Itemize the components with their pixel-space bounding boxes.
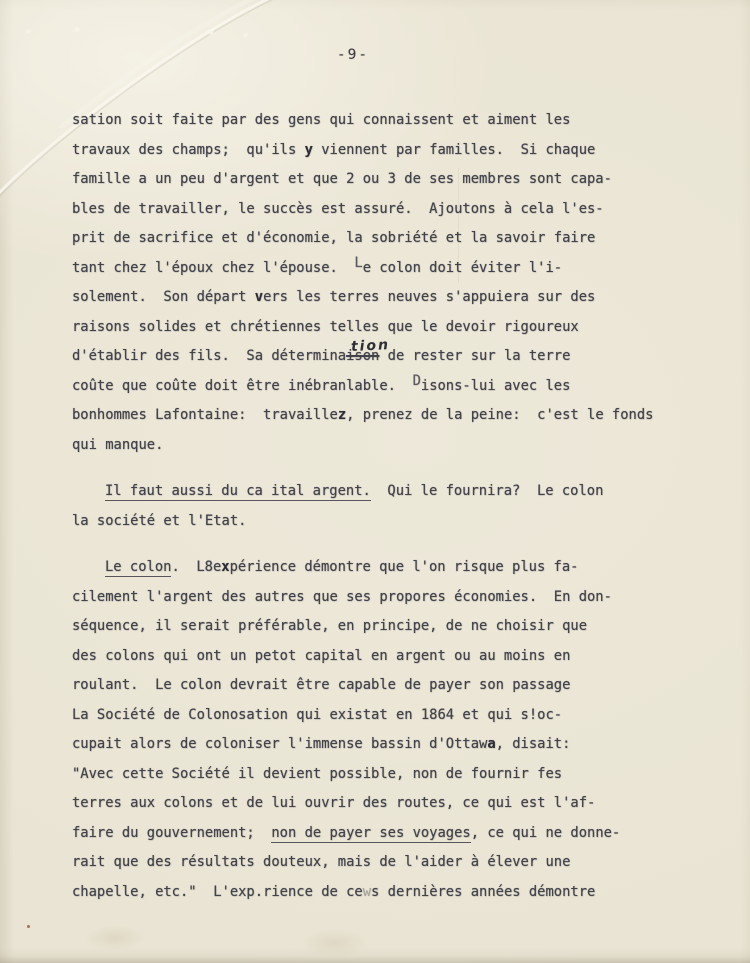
text-segment: solement. Son départ bbox=[72, 289, 255, 305]
text-segment: isons-lui avec les bbox=[421, 378, 571, 394]
text-segment: La Société de Colonosation qui existat e… bbox=[72, 707, 562, 723]
text-segment: a bbox=[487, 736, 495, 752]
paper-smudge bbox=[300, 928, 370, 958]
typed-line: prit de sacrifice et d'économie, la sobr… bbox=[72, 224, 653, 254]
underlined-phrase: non de payer ses voyages bbox=[271, 825, 470, 843]
text-segment: prit de sacrifice et d'économie, la sobr… bbox=[72, 230, 595, 246]
handwritten-correction: tion bbox=[350, 331, 391, 363]
text-segment: séquence, il serait préférable, en princ… bbox=[72, 618, 587, 634]
text-segment: périence démontre que l'on risque plus f… bbox=[230, 559, 579, 575]
typed-line: La Société de Colonosation qui existat e… bbox=[72, 701, 653, 731]
typed-line: des colons qui ont un petot capital en a… bbox=[72, 642, 653, 672]
typed-line: séquence, il serait préférable, en princ… bbox=[72, 612, 653, 642]
corrected-word: isontion bbox=[346, 348, 379, 364]
text-segment: y bbox=[305, 142, 313, 158]
text-segment: famille a un peu d'argent et que 2 ou 3 … bbox=[72, 171, 612, 187]
typed-line: la société et l'Etat. bbox=[72, 507, 653, 537]
typed-line: cupait alors de coloniser l'immense bass… bbox=[72, 730, 653, 760]
typed-line: solement. Son départ vers les terres neu… bbox=[72, 283, 653, 313]
typed-line: qui manque. bbox=[72, 431, 653, 461]
text-segment: d'établir des fils. Sa détermina bbox=[72, 348, 346, 364]
text-segment: s dernières années démontre bbox=[371, 884, 595, 900]
page-number: -9- bbox=[0, 47, 706, 63]
paper-speck bbox=[244, 34, 247, 37]
text-segment: D bbox=[413, 367, 421, 397]
text-segment: viennent par familles. Si chaque bbox=[313, 142, 595, 158]
typed-line: chapelle, etc." L'exp.rience de cews der… bbox=[72, 878, 653, 908]
paper-speck bbox=[209, 31, 213, 34]
paper-speck bbox=[27, 30, 30, 33]
underlined-phrase: Il faut aussi du ca ital argent. bbox=[105, 483, 371, 501]
typed-line: bonhommes Lafontaine: travaillez, prenez… bbox=[72, 401, 653, 431]
typed-line: rait que des résultats douteux, mais de … bbox=[72, 848, 653, 878]
text-segment: qui manque. bbox=[72, 437, 163, 453]
typed-line: tant chez l'époux chez l'épouse. Le colo… bbox=[72, 254, 653, 284]
typed-line: sation soit faite par des gens qui conna… bbox=[72, 106, 653, 136]
typed-line: Le colon. L8expérience démontre que l'on… bbox=[72, 553, 653, 583]
typed-line: bles de travailler, le succès est assuré… bbox=[72, 195, 653, 225]
typed-line: faire du gouvernement; non de payer ses … bbox=[72, 819, 653, 849]
text-segment: roulant. Le colon devrait être capable d… bbox=[72, 677, 570, 693]
text-segment: v bbox=[255, 289, 263, 305]
typed-line: coûte que coûte doit être inébranlable. … bbox=[72, 372, 653, 402]
text-segment: , disait: bbox=[496, 736, 571, 752]
paragraph: Il faut aussi du ca ital argent. Qui le … bbox=[72, 477, 653, 536]
text-segment: cilement l'argent des autres que ses pro… bbox=[72, 589, 612, 605]
text-segment: la société et l'Etat. bbox=[72, 513, 246, 529]
ink-dot bbox=[27, 925, 30, 928]
text-segment: terres aux colons et de lui ouvrir des r… bbox=[72, 795, 595, 811]
text-segment: z bbox=[338, 407, 346, 423]
text-segment: chapelle, etc." L'exp.rience de ce bbox=[72, 884, 363, 900]
typed-line: Il faut aussi du ca ital argent. Qui le … bbox=[72, 477, 653, 507]
paragraph: Le colon. L8expérience démontre que l'on… bbox=[72, 553, 653, 907]
typed-line: d'établir des fils. Sa déterminaisontion… bbox=[72, 342, 653, 372]
paper-smudge bbox=[85, 925, 145, 951]
text-segment: rait que des résultats douteux, mais de … bbox=[72, 854, 570, 870]
typed-line: terres aux colons et de lui ouvrir des r… bbox=[72, 789, 653, 819]
text-segment: , ce qui ne donne- bbox=[471, 825, 621, 841]
underlined-phrase: Le colon bbox=[105, 559, 171, 577]
typed-line: "Avec cette Société il devient possible,… bbox=[72, 760, 653, 790]
typed-line: cilement l'argent des autres que ses pro… bbox=[72, 583, 653, 613]
text-segment: des colons qui ont un petot capital en a… bbox=[72, 648, 570, 664]
text-segment: , prenez de la peine: c'est le fonds bbox=[346, 407, 653, 423]
text-segment: x bbox=[221, 559, 229, 575]
text-segment: coûte que coûte doit être inébranlable. bbox=[72, 378, 413, 394]
text-segment: cupait alors de coloniser l'immense bass… bbox=[72, 736, 487, 752]
text-segment: ers les terres neuves s'appuiera sur des bbox=[263, 289, 595, 305]
text-segment: e colon doit éviter l'i- bbox=[363, 260, 562, 276]
paragraph: sation soit faite par des gens qui conna… bbox=[72, 106, 653, 460]
text-segment: faire du gouvernement; bbox=[72, 825, 271, 841]
text-segment: bonhommes Lafontaine: travaille bbox=[72, 407, 338, 423]
text-segment: sation soit faite par des gens qui conna… bbox=[72, 112, 570, 128]
text-segment: tant chez l'époux chez l'épouse. bbox=[72, 260, 354, 276]
typed-text-block: sation soit faite par des gens qui conna… bbox=[72, 106, 653, 907]
typed-line: roulant. Le colon devrait être capable d… bbox=[72, 671, 653, 701]
typed-line: famille a un peu d'argent et que 2 ou 3 … bbox=[72, 165, 653, 195]
typed-line: travaux des champs; qu'ils y viennent pa… bbox=[72, 136, 653, 166]
text-segment: bles de travailler, le succès est assuré… bbox=[72, 201, 604, 217]
text-segment: raisons solides et chrétiennes telles qu… bbox=[72, 319, 579, 335]
text-segment: "Avec cette Société il devient possible,… bbox=[72, 766, 562, 782]
text-segment: L bbox=[354, 249, 362, 279]
text-segment: de rester sur la terre bbox=[379, 348, 570, 364]
scanned-document-page: { "document": { "page_number": "-9-", "i… bbox=[0, 0, 750, 963]
text-segment: Qui le fournira? Le colon bbox=[371, 483, 604, 499]
text-segment: . L8e bbox=[171, 559, 221, 575]
paper-speck bbox=[75, 28, 79, 31]
text-segment: w bbox=[363, 884, 371, 900]
text-segment: travaux des champs; qu'ils bbox=[72, 142, 305, 158]
